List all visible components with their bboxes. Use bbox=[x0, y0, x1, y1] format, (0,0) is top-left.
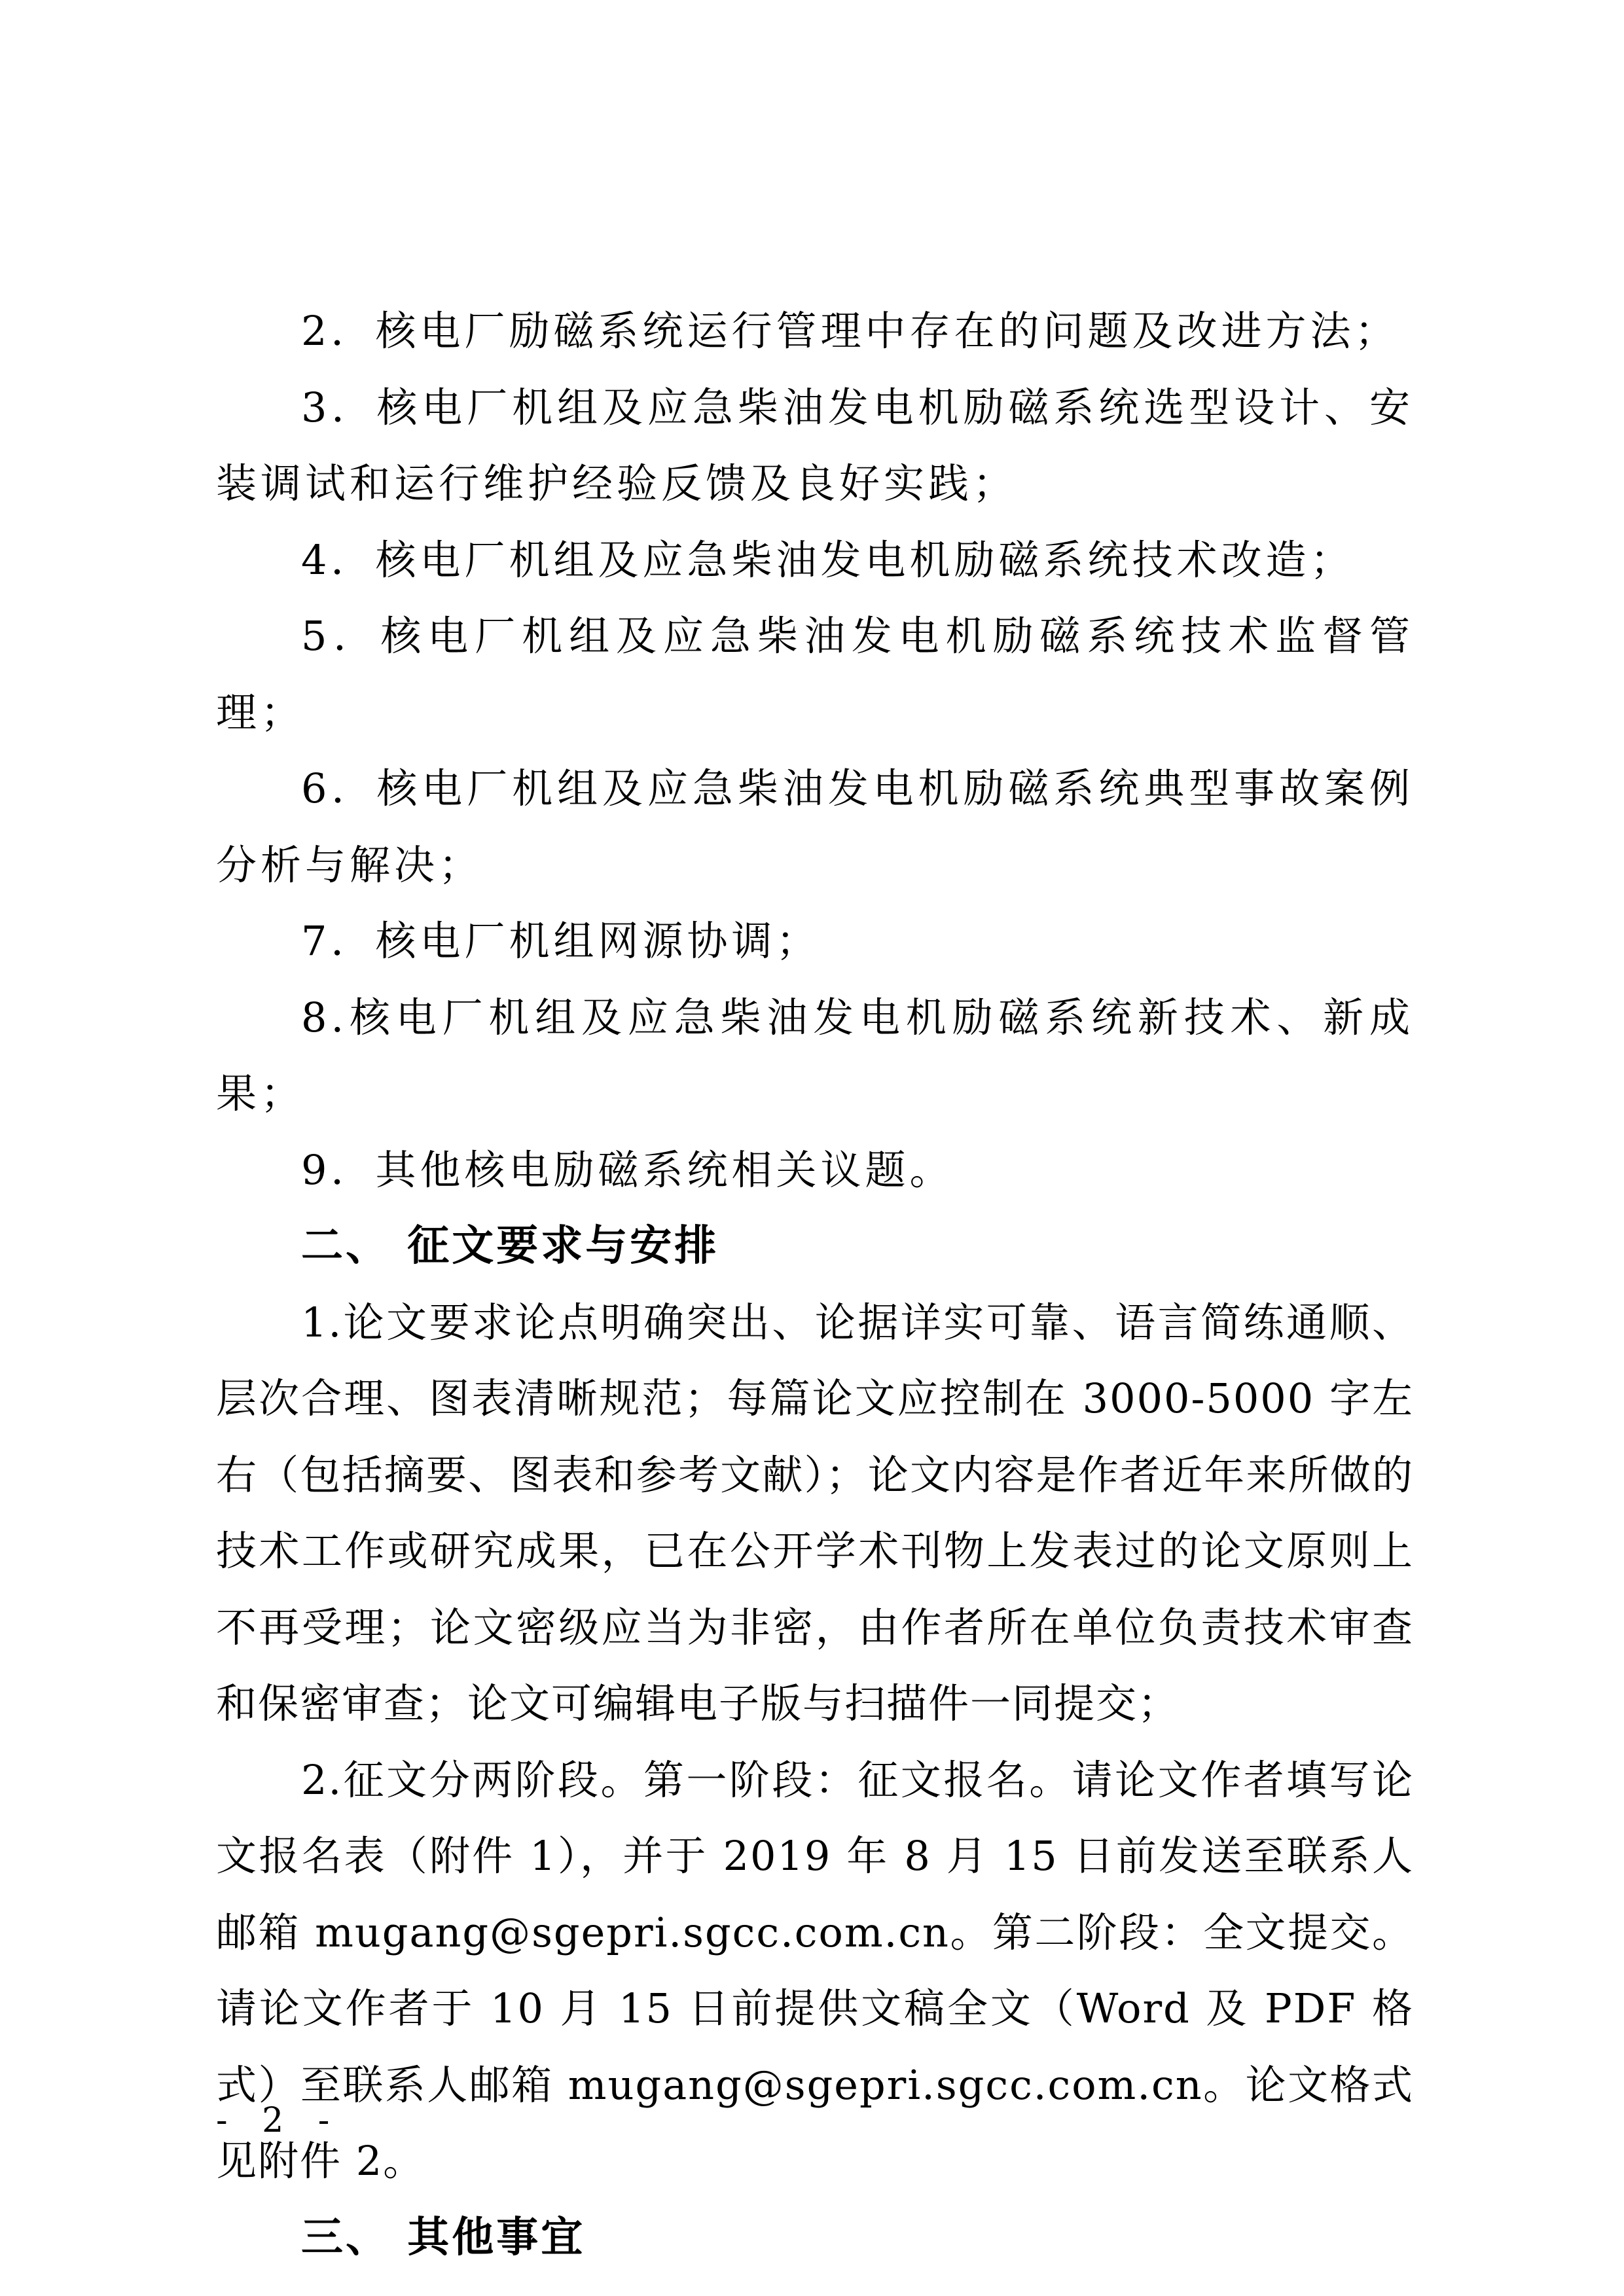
topic-item-9: 9．其他核电励磁系统相关议题。 bbox=[216, 1132, 1414, 1209]
topic-item-3: 3．核电厂机组及应急柴油发电机励磁系统选型设计、安装调试和运行维护经验反馈及良好… bbox=[216, 370, 1414, 522]
section-heading-requirements: 二、 征文要求与安排 bbox=[216, 1208, 1414, 1285]
topic-item-2: 2．核电厂励磁系统运行管理中存在的问题及改进方法； bbox=[216, 293, 1414, 370]
topic-item-7: 7．核电厂机组网源协调； bbox=[216, 903, 1414, 980]
page-number: - 2 - bbox=[216, 2101, 341, 2140]
document-body: 2．核电厂励磁系统运行管理中存在的问题及改进方法； 3．核电厂机组及应急柴油发电… bbox=[216, 293, 1414, 2276]
requirement-paragraph-1: 1.论文要求论点明确突出、论据详实可靠、语言简练通顺、层次合理、图表清晰规范；每… bbox=[216, 1285, 1414, 1742]
topic-item-8: 8.核电厂机组及应急柴油发电机励磁系统新技术、新成果； bbox=[216, 980, 1414, 1132]
topic-item-5: 5．核电厂机组及应急柴油发电机励磁系统技术监督管理； bbox=[216, 598, 1414, 751]
requirement-paragraph-2: 2.征文分两阶段。第一阶段：征文报名。请论文作者填写论文报名表（附件 1），并于… bbox=[216, 1742, 1414, 2200]
section-heading-other-matters: 三、 其他事宜 bbox=[216, 2200, 1414, 2276]
topic-item-4: 4．核电厂机组及应急柴油发电机励磁系统技术改造； bbox=[216, 522, 1414, 599]
topic-item-6: 6．核电厂机组及应急柴油发电机励磁系统典型事故案例分析与解决； bbox=[216, 751, 1414, 903]
